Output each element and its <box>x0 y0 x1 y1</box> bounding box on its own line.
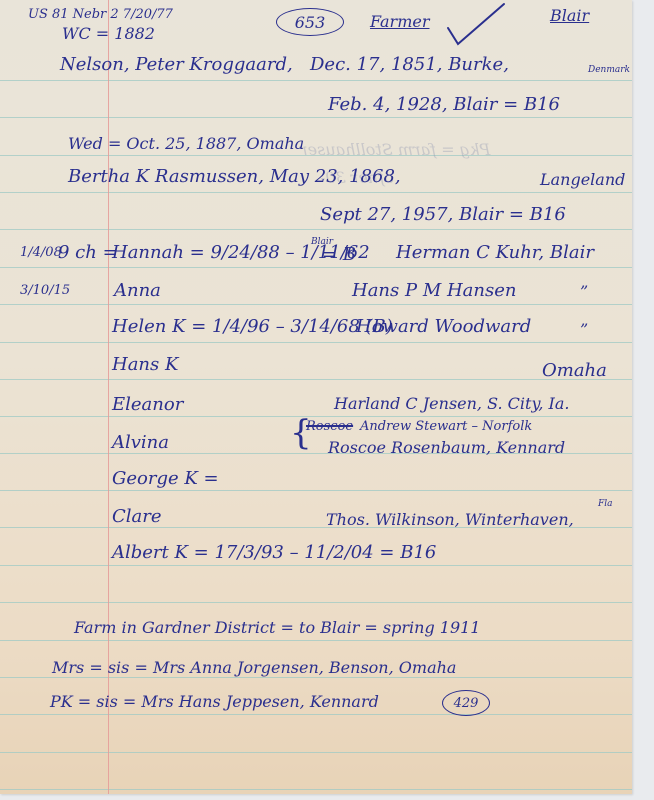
child-spouse-state-sup: Fla <box>598 500 613 509</box>
rule-line <box>0 565 632 566</box>
child-spouse: Harland C Jensen, S. City, Ia. <box>334 396 569 412</box>
checkmark-icon <box>446 2 506 46</box>
rule-line <box>0 714 632 715</box>
rule-line <box>0 267 632 268</box>
person-name: Nelson, Peter Kroggaard, <box>60 56 293 74</box>
wc-note: WC = 1882 <box>62 26 155 42</box>
rule-line <box>0 752 632 753</box>
child-place-ditto: ” <box>580 284 588 300</box>
child-spouse: Herman C Kuhr, Blair <box>396 244 594 262</box>
rule-line <box>0 342 632 343</box>
child-name: Eleanor <box>112 396 183 414</box>
circled-number-badge: 429 <box>442 690 490 716</box>
person-death: Feb. 4, 1928, Blair = B16 <box>328 96 560 114</box>
child-place-ditto: ” <box>580 322 588 338</box>
person-birthplace-note: Denmark <box>588 66 630 75</box>
wedding-date: Wed = Oct. 25, 1887, Omaha <box>68 136 304 152</box>
note-pk-sister: PK = sis = Mrs Hans Jeppesen, Kennard <box>50 694 379 710</box>
child-spouse-struck: Roscoe <box>306 420 353 433</box>
child-spouse: Howard Woodward <box>356 318 531 336</box>
rule-line <box>0 416 632 417</box>
child-name: George K = <box>112 470 219 488</box>
rule-line <box>0 490 632 491</box>
children-left-note-1: 1/4/08 <box>20 246 62 259</box>
rule-line <box>0 192 632 193</box>
rule-line <box>0 304 632 305</box>
spouse-birthplace: Langeland <box>540 172 625 188</box>
child-name: Albert K = 17/3/93 – 11/2/04 = B16 <box>112 544 436 562</box>
note-farm: Farm in Gardner District = to Blair = sp… <box>74 620 480 636</box>
census-note: US 81 Nebr 2 7/20/77 <box>28 8 173 21</box>
child-place: Omaha <box>542 362 607 380</box>
child-spouse: Hans P M Hansen <box>352 282 516 300</box>
rule-line <box>0 117 632 118</box>
header-location: Blair <box>550 8 589 24</box>
child-spouse: Thos. Wilkinson, Winterhaven, <box>326 512 574 528</box>
rule-line <box>0 80 632 81</box>
rule-line <box>0 379 632 380</box>
rule-line <box>0 640 632 641</box>
occupation: Farmer <box>370 14 430 30</box>
person-birth: Dec. 17, 1851, Burke, <box>310 56 509 74</box>
child-name: Anna <box>114 282 161 300</box>
rule-line <box>0 229 632 230</box>
record-number-badge: 653 <box>276 8 344 36</box>
children-left-note-2: 3/10/15 <box>20 284 70 297</box>
child-name: Alvina <box>112 434 169 452</box>
children-count: 9 ch = <box>58 244 118 262</box>
spouse-death: Sept 27, 1957, Blair = B16 <box>320 206 566 224</box>
rule-line <box>0 789 632 790</box>
child-spouse-line1: Andrew Stewart – Norfolk <box>360 420 532 433</box>
record-card-page: Pkg = farm Stollhauser ofner 30- US 81 N… <box>0 0 632 794</box>
note-mrs-sister: Mrs = sis = Mrs Anna Jorgensen, Benson, … <box>52 660 456 676</box>
child-name: Helen K = 1/4/96 – 3/14/68 (B) <box>112 318 393 336</box>
child-spouse-line2: Roscoe Rosenbaum, Kennard <box>328 440 565 456</box>
bleed-through-text: Pkg = farm Stollhauser <box>300 140 490 159</box>
spouse-name-birth: Bertha K Rasmussen, May 23, 1868, <box>68 168 401 186</box>
circled-number: 429 <box>454 696 479 711</box>
record-number: 653 <box>295 13 326 32</box>
child-name: Hans K <box>112 356 178 374</box>
rule-line <box>0 602 632 603</box>
child-name: Clare <box>112 508 162 526</box>
child-burial-suffix: = B <box>322 246 356 264</box>
rule-line <box>0 677 632 678</box>
